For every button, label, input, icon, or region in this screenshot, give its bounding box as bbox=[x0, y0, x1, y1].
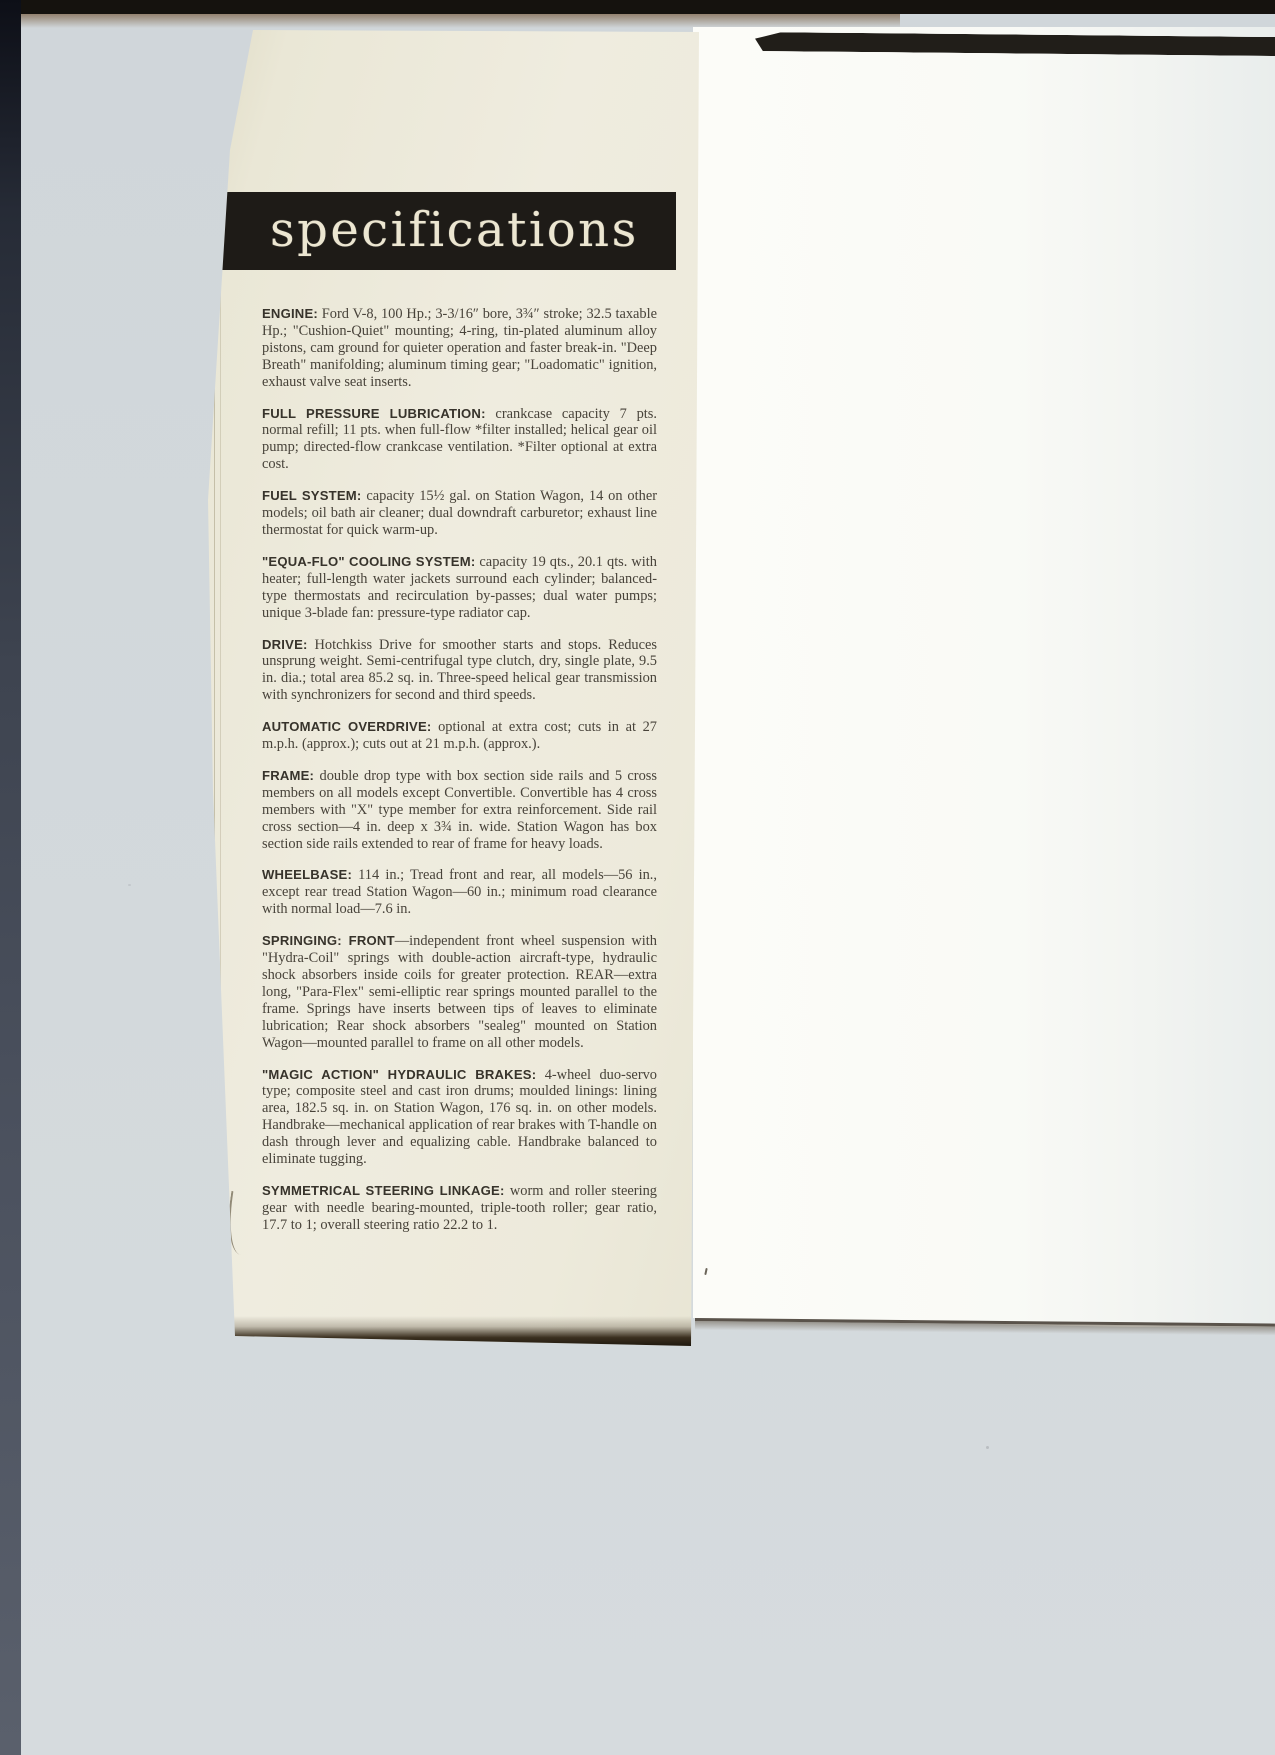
spec-section-steering: SYMMETRICAL STEERING LINKAGE: worm and r… bbox=[262, 1183, 657, 1234]
section-heading: AUTOMATIC OVERDRIVE: bbox=[262, 719, 431, 734]
specifications-banner: specifications bbox=[218, 192, 676, 270]
spec-section-frame: FRAME: double drop type with box section… bbox=[262, 768, 657, 853]
specifications-page: specifications ENGINE: Ford V-8, 100 Hp.… bbox=[205, 30, 703, 1346]
spec-section-lubrication: FULL PRESSURE LUBRICATION: crankcase cap… bbox=[262, 406, 657, 474]
page-spine-crease bbox=[214, 270, 215, 1030]
spec-section-fuel-system: FUEL SYSTEM: capacity 15½ gal. on Statio… bbox=[262, 488, 657, 539]
section-heading: SYMMETRICAL STEERING LINKAGE: bbox=[262, 1183, 505, 1198]
scanner-top-shadow bbox=[0, 14, 900, 28]
scanner-left-border bbox=[0, 0, 21, 1755]
page-corner-crease bbox=[223, 1191, 251, 1255]
page-bottom-fold-shadow bbox=[205, 1316, 703, 1346]
section-body: —independent front wheel suspension with… bbox=[262, 933, 657, 1050]
section-heading: DRIVE: bbox=[262, 637, 308, 652]
spec-section-springing: SPRINGING: FRONT—independent front wheel… bbox=[262, 933, 657, 1051]
section-heading: "EQUA-FLO" COOLING SYSTEM: bbox=[262, 554, 475, 569]
spec-section-cooling-system: "EQUA-FLO" COOLING SYSTEM: capacity 19 q… bbox=[262, 554, 657, 622]
section-heading: "MAGIC ACTION" HYDRAULIC BRAKES: bbox=[262, 1067, 536, 1082]
spec-section-brakes: "MAGIC ACTION" HYDRAULIC BRAKES: 4-wheel… bbox=[262, 1067, 657, 1168]
scan-speck bbox=[128, 884, 131, 886]
spec-sections: ENGINE: Ford V-8, 100 Hp.; 3-3/16″ bore,… bbox=[262, 306, 657, 1340]
section-heading: SPRINGING: FRONT bbox=[262, 933, 395, 948]
spec-section-overdrive: AUTOMATIC OVERDRIVE: optional at extra c… bbox=[262, 719, 657, 753]
spec-section-drive: DRIVE: Hotchkiss Drive for smoother star… bbox=[262, 637, 657, 705]
section-heading: ENGINE: bbox=[262, 306, 318, 321]
section-heading: FRAME: bbox=[262, 768, 314, 783]
scan-speck bbox=[986, 1446, 989, 1449]
section-heading: FUEL SYSTEM: bbox=[262, 488, 361, 503]
scanner-top-border bbox=[0, 0, 1275, 14]
page-spine-crease bbox=[220, 150, 221, 1190]
facing-page-white bbox=[693, 27, 1275, 1327]
section-heading: FULL PRESSURE LUBRICATION: bbox=[262, 406, 486, 421]
spec-section-engine: ENGINE: Ford V-8, 100 Hp.; 3-3/16″ bore,… bbox=[262, 306, 657, 391]
scanned-brochure-spread: { "page_title": "specifications", "color… bbox=[0, 0, 1275, 1755]
section-heading: WHEELBASE: bbox=[262, 867, 352, 882]
spec-section-wheelbase: WHEELBASE: 114 in.; Tread front and rear… bbox=[262, 867, 657, 918]
facing-page-black-band bbox=[755, 32, 1275, 56]
section-body: Ford V-8, 100 Hp.; 3-3/16″ bore, 3¾″ str… bbox=[262, 306, 657, 390]
section-body: double drop type with box section side r… bbox=[262, 768, 657, 852]
section-body: Hotchkiss Drive for smoother starts and … bbox=[262, 637, 657, 704]
page-title: specifications bbox=[270, 202, 639, 258]
